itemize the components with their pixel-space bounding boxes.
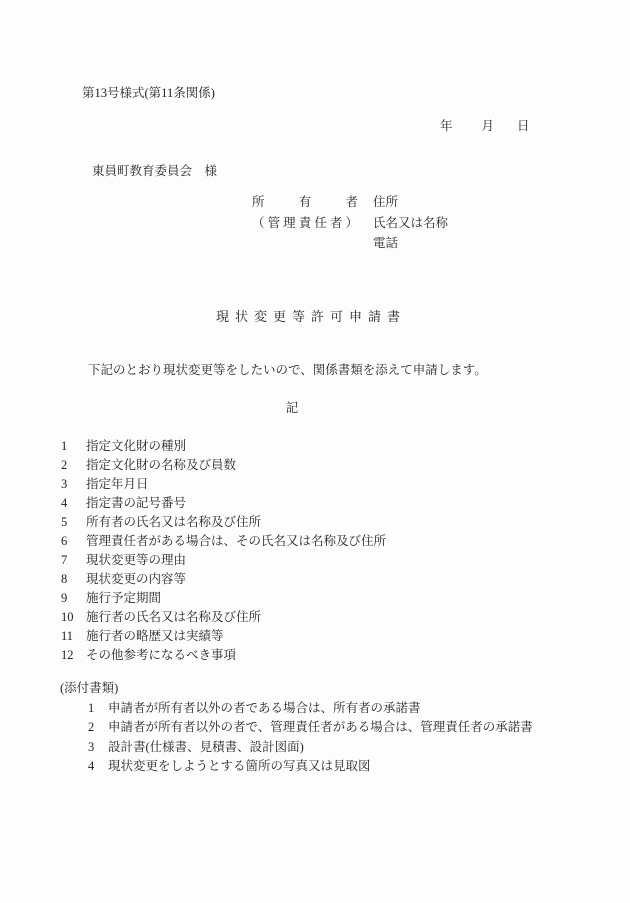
list-item: 10施行者の氏名又は名称及び住所 bbox=[61, 608, 386, 627]
list-item: 4指定書の記号番号 bbox=[61, 494, 386, 513]
list-item-number: 5 bbox=[61, 513, 86, 532]
list-item-number: 7 bbox=[61, 551, 86, 570]
list-item-number: 3 bbox=[61, 475, 86, 494]
list-item-number: 8 bbox=[61, 570, 86, 589]
list-marker: 記 bbox=[0, 398, 584, 416]
list-item-text: 管理責任者がある場合は、その氏名又は名称及び住所 bbox=[86, 534, 386, 548]
list-item-number: 10 bbox=[61, 608, 86, 627]
owner-label: 所有者 bbox=[252, 192, 358, 213]
list-item: 5所有者の氏名又は名称及び住所 bbox=[61, 513, 386, 532]
manager-label: （管理責任者） bbox=[252, 213, 358, 234]
list-item: 3指定年月日 bbox=[61, 475, 386, 494]
attachment-item-text: 設計書(仕様書、見積書、設計図面) bbox=[108, 740, 304, 754]
attachment-item: 2申請者が所有者以外の者で、管理責任者がある場合は、管理責任者の承諾書 bbox=[88, 718, 533, 738]
attachment-item-text: 申請者が所有者以外の者である場合は、所有者の承諾書 bbox=[108, 701, 421, 715]
date-month-label: 月 bbox=[482, 119, 495, 133]
list-item-number: 1 bbox=[61, 437, 86, 456]
attachment-item-number: 1 bbox=[88, 699, 108, 719]
attachment-item-number: 2 bbox=[88, 718, 108, 738]
list-item: 6管理責任者がある場合は、その氏名又は名称及び住所 bbox=[61, 532, 386, 551]
date-year-label: 年 bbox=[440, 119, 453, 133]
attachment-item: 3設計書(仕様書、見積書、設計図面) bbox=[88, 738, 533, 758]
owner-field-name: 氏名又は名称 bbox=[373, 216, 448, 230]
list-item-text: 現状変更の内容等 bbox=[86, 572, 186, 586]
list-item-number: 9 bbox=[61, 589, 86, 608]
attachment-item-text: 申請者が所有者以外の者で、管理責任者がある場合は、管理責任者の承諾書 bbox=[108, 720, 533, 734]
document-page: 第13号様式(第11条関係) 年月日 東員町教育委員会 様 所有者住所 （管理責… bbox=[0, 0, 630, 903]
body-text: 下記のとおり現状変更等をしたいので、関係書類を添えて申請します。 bbox=[88, 360, 487, 378]
list-item-text: 施行予定期間 bbox=[86, 591, 161, 605]
list-item-text: 指定年月日 bbox=[86, 477, 149, 491]
attachments-heading: (添付書類) bbox=[60, 679, 533, 699]
list-item-text: 指定書の記号番号 bbox=[86, 496, 186, 510]
list-item: 2指定文化財の名称及び員数 bbox=[61, 456, 386, 475]
list-item-number: 4 bbox=[61, 494, 86, 513]
document-title: 現状変更等許可申請書 bbox=[0, 306, 622, 325]
list-item: 11施行者の略歴又は実績等 bbox=[61, 627, 386, 646]
list-item-text: 現状変更等の理由 bbox=[86, 553, 186, 567]
form-number: 第13号様式(第11条関係) bbox=[82, 83, 215, 101]
attachment-item: 1申請者が所有者以外の者である場合は、所有者の承諾書 bbox=[88, 699, 533, 719]
list-item: 8現状変更の内容等 bbox=[61, 570, 386, 589]
list-item: 1指定文化財の種別 bbox=[61, 437, 386, 456]
list-item: 12その他参考になるべき事項 bbox=[61, 646, 386, 665]
main-item-list: 1指定文化財の種別 2指定文化財の名称及び員数 3指定年月日 4指定書の記号番号… bbox=[61, 437, 386, 665]
list-item-text: 施行者の氏名又は名称及び住所 bbox=[86, 610, 261, 624]
attachment-item-text: 現状変更をしようとする箇所の写真又は見取図 bbox=[108, 759, 371, 773]
owner-block: 所有者住所 （管理責任者）氏名又は名称 電話 bbox=[252, 192, 448, 254]
attachment-item-number: 3 bbox=[88, 738, 108, 758]
list-item: 7現状変更等の理由 bbox=[61, 551, 386, 570]
owner-row-address: 所有者住所 bbox=[252, 192, 448, 213]
date-day-label: 日 bbox=[517, 119, 530, 133]
list-item-number: 6 bbox=[61, 532, 86, 551]
attachments-section: (添付書類) 1申請者が所有者以外の者である場合は、所有者の承諾書 2申請者が所… bbox=[60, 679, 533, 777]
date-line: 年月日 bbox=[440, 116, 530, 134]
list-item-text: その他参考になるべき事項 bbox=[86, 648, 236, 662]
owner-field-phone: 電話 bbox=[373, 236, 398, 250]
owner-row-name: （管理責任者）氏名又は名称 bbox=[252, 213, 448, 234]
addressee: 東員町教育委員会 様 bbox=[92, 161, 217, 179]
attachment-item-number: 4 bbox=[88, 757, 108, 777]
list-item-number: 2 bbox=[61, 456, 86, 475]
list-item: 9施行予定期間 bbox=[61, 589, 386, 608]
owner-row-phone: 電話 bbox=[252, 233, 448, 254]
list-item-number: 11 bbox=[61, 627, 86, 646]
list-item-text: 施行者の略歴又は実績等 bbox=[86, 629, 224, 643]
list-item-text: 指定文化財の種別 bbox=[86, 439, 186, 453]
list-item-number: 12 bbox=[61, 646, 86, 665]
owner-field-address: 住所 bbox=[373, 195, 398, 209]
attachment-item: 4現状変更をしようとする箇所の写真又は見取図 bbox=[88, 757, 533, 777]
list-item-text: 所有者の氏名又は名称及び住所 bbox=[86, 515, 261, 529]
list-item-text: 指定文化財の名称及び員数 bbox=[86, 458, 236, 472]
